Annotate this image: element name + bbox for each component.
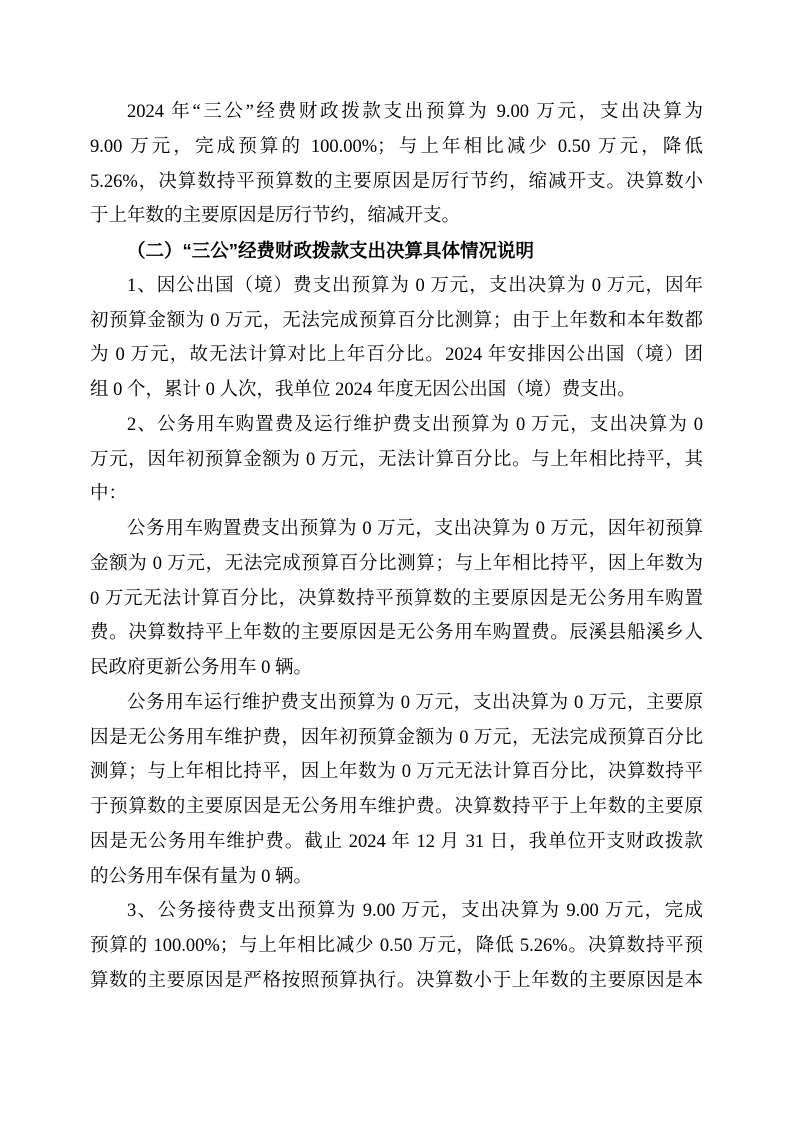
text-line: 因是无公务用车维护费。截止 2024 年 12 月 31 日，我单位开支财政拨款 [90, 825, 703, 860]
text-line: 公务用车购置费支出预算为 0 万元，支出决算为 0 万元，因年初预算 [90, 512, 703, 547]
text-line: 5.26%，决算数持平预算数的主要原因是厉行节约，缩减开支。决算数小 [90, 165, 703, 200]
text-line: 9.00 万元，完成预算的 100.00%；与上年相比减少 0.50 万元，降低 [90, 130, 703, 165]
text-line: 万元，因年初预算金额为 0 万元，无法计算百分比。与上年相比持平，其 [90, 443, 703, 478]
paragraph-reception-expense: 3、公务接待费支出预算为 9.00 万元，支出决算为 9.00 万元，完成 预算… [90, 894, 703, 998]
paragraph-vehicle-total: 2、公务用车购置费及运行维护费支出预算为 0 万元，支出决算为 0 万元，因年初… [90, 408, 703, 512]
text-line: 0 万元无法计算百分比，决算数持平预算数的主要原因是无公务用车购置 [90, 582, 703, 617]
page-content: 2024 年“三公”经费财政拨款支出预算为 9.00 万元，支出决算为 9.00… [90, 95, 703, 999]
text-line: 初预算金额为 0 万元，无法完成预算百分比测算；由于上年数和本年数都 [90, 304, 703, 339]
paragraph-overseas-travel: 1、因公出国（境）费支出预算为 0 万元，支出决算为 0 万元，因年 初预算金额… [90, 269, 703, 408]
text-line: 2024 年“三公”经费财政拨款支出预算为 9.00 万元，支出决算为 [90, 95, 703, 130]
text-line: 于预算数的主要原因是无公务用车维护费。决算数持平于上年数的主要原 [90, 790, 703, 825]
text-line: 2、公务用车购置费及运行维护费支出预算为 0 万元，支出决算为 0 [90, 408, 703, 443]
text-line: 算数的主要原因是严格按照预算执行。决算数小于上年数的主要原因是本 [90, 964, 703, 999]
section-heading-2: （二）“三公”经费财政拨款支出决算具体情况说明 [90, 234, 703, 269]
document-page: 2024 年“三公”经费财政拨款支出预算为 9.00 万元，支出决算为 9.00… [0, 0, 793, 1122]
paragraph-vehicle-maintenance: 公务用车运行维护费支出预算为 0 万元，支出决算为 0 万元，主要原 因是无公务… [90, 686, 703, 895]
paragraph-vehicle-purchase: 公务用车购置费支出预算为 0 万元，支出决算为 0 万元，因年初预算 金额为 0… [90, 512, 703, 686]
text-line: 因是无公务用车维护费，因年初预算金额为 0 万元，无法完成预算百分比 [90, 721, 703, 756]
heading-text-line: （二）“三公”经费财政拨款支出决算具体情况说明 [90, 234, 703, 269]
text-line: 组 0 个，累计 0 人次，我单位 2024 年度无因公出国（境）费支出。 [90, 373, 703, 408]
text-line: 测算；与上年相比持平，因上年数为 0 万元无法计算百分比，决算数持平 [90, 755, 703, 790]
text-line: 中： [90, 477, 703, 512]
text-line: 3、公务接待费支出预算为 9.00 万元，支出决算为 9.00 万元，完成 [90, 894, 703, 929]
text-line: 1、因公出国（境）费支出预算为 0 万元，支出决算为 0 万元，因年 [90, 269, 703, 304]
text-line: 费。决算数持平上年数的主要原因是无公务用车购置费。辰溪县船溪乡人 [90, 616, 703, 651]
text-line: 的公务用车保有量为 0 辆。 [90, 860, 703, 895]
text-line: 公务用车运行维护费支出预算为 0 万元，支出决算为 0 万元，主要原 [90, 686, 703, 721]
text-line: 金额为 0 万元，无法完成预算百分比测算；与上年相比持平，因上年数为 [90, 547, 703, 582]
text-line: 民政府更新公务用车 0 辆。 [90, 651, 703, 686]
text-line: 预算的 100.00%；与上年相比减少 0.50 万元，降低 5.26%。决算数… [90, 929, 703, 964]
text-line: 为 0 万元，故无法计算对比上年百分比。2024 年安排因公出国（境）团 [90, 338, 703, 373]
text-line: 于上年数的主要原因是厉行节约，缩减开支。 [90, 199, 703, 234]
paragraph-three-public-summary: 2024 年“三公”经费财政拨款支出预算为 9.00 万元，支出决算为 9.00… [90, 95, 703, 234]
